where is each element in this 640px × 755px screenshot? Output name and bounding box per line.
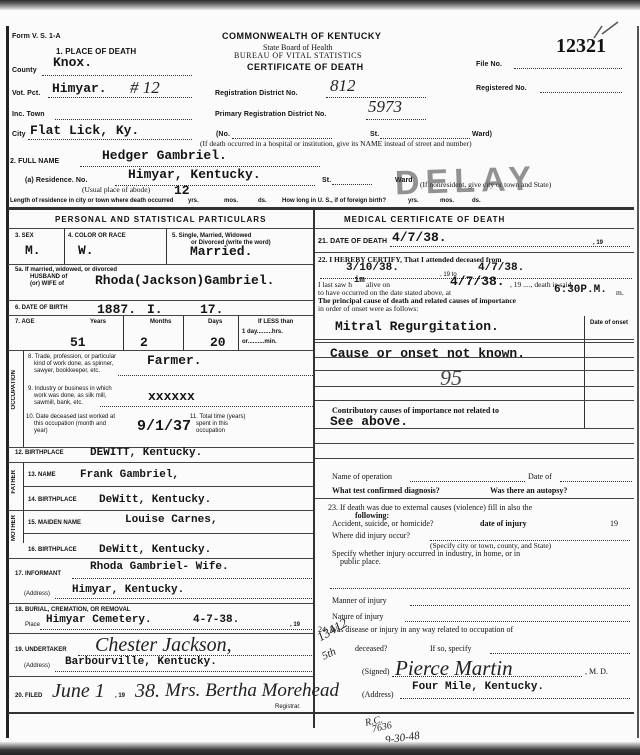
divider [64,229,65,264]
divider [8,510,313,511]
inc-town-label: Inc. Town [12,111,45,118]
occupation-side-label: OCCUPATION [11,370,17,409]
date-injury-label: date of injury [480,519,527,528]
cause-rule [315,443,634,444]
cause-rule [315,339,634,340]
physician-address: Four Mile, Kentucky. [412,681,544,693]
father-birthplace-label: 14. BIRTHPLACE [28,497,77,503]
mother-maiden-value: Louise Carnes, [125,514,217,526]
manner-line [410,604,630,606]
vot-pct-line [48,96,192,98]
marital-label: 5. Single, Married, Widowed [172,233,251,239]
primary-reg-value: 5973 [368,97,402,117]
test-label: What test confirmed diagnosis? [332,486,440,495]
full-name-value: Hedger Gambriel. [102,148,227,163]
dob-label: 6. DATE OF BIRTH [15,305,68,311]
cause-1-value: Mitral Regurgitation. [335,319,499,334]
cause-rule [315,428,634,429]
total-time-label-1: 11. Total time (years) [190,414,245,420]
last-worked-label-2: this occupation (month and [34,421,106,427]
delay-stamp: DELAY [394,160,537,204]
last-saw-him: im [354,275,365,285]
mother-birthplace-label: 16. BIRTHPLACE [28,547,77,553]
mother-birthplace-value: DeWitt, Kentucky. [99,544,211,556]
if-so-label: If so, specify [430,644,472,653]
mother-maiden-label: 15. MAIDEN NAME [28,520,81,526]
industry-label-3: sawmill, bank, etc. [34,400,83,406]
months-label: Months [150,319,171,325]
burial-date-value: 4-7-38. [193,614,239,626]
how-long-mos: mos. [440,198,454,204]
trade-value: Farmer. [147,353,202,368]
divider [8,462,313,463]
father-name-label: 13. NAME [28,472,56,478]
ward-label: Ward) [472,131,492,138]
registrar-label: Registrar. [275,704,301,710]
date-of-death-value: 4/7/38. [392,230,447,245]
less-day: 1 day.........hrs. [242,329,283,335]
filed-year: 38. [135,680,160,703]
cause-rule [315,458,634,459]
sex-label: 3. SEX [15,233,34,239]
date-of-line [560,480,632,482]
trade-label-3: sawyer, bookkeeper, etc. [34,368,100,374]
specify-whether-2: public place. [340,557,381,566]
bottom-border [8,712,634,714]
informant-address-label: (Address) [24,591,50,597]
divider [238,316,239,350]
last-worked-label-1: 10. Date deceased last worked at [26,414,115,420]
divider [315,498,634,499]
residence-number: 12 [174,183,190,198]
divider [8,603,313,604]
reg-district-label: Registration District No. [215,90,298,97]
age-label: 7. AGE [15,319,34,325]
vot-pct-label: Vot. Pct. [12,90,40,97]
m-label: m. [616,288,624,297]
cause-rule [315,400,634,401]
column-divider [313,208,315,728]
injury-19: 19 [610,519,618,528]
last-worked-label-3: year) [34,428,48,434]
spouse-label-2: HUSBAND of [30,274,67,280]
date-of-label: Date of [528,472,552,481]
father-name-value: Frank Gambriel, [80,469,179,481]
city-value: Flat Lick, Ky. [30,123,139,138]
personal-heading: PERSONAL AND STATISTICAL PARTICULARS [55,215,266,224]
undertaker-address-line [55,670,312,672]
father-side-label: FATHER [11,470,17,494]
total-time-label-3: occupation [196,428,225,434]
divider [23,351,24,447]
residence-label: (a) Residence. No. [25,177,87,184]
medical-heading: MEDICAL CERTIFICATE OF DEATH [344,215,505,224]
informant-address-value: Himyar, Kentucky. [72,584,184,596]
vot-pct-value: Himyar. [52,81,107,96]
divider [315,252,634,253]
county-value: Knox. [53,55,92,70]
spouse-label-3: (or) WIFE of [30,281,64,287]
signed-label: (Signed) [362,667,390,676]
divider [8,228,313,229]
divider [123,316,124,350]
cause-rule [315,357,634,358]
residence-st-line [332,183,372,185]
burial-label: 18. BURIAL, CREMATION, OR REMOVAL [15,607,130,613]
informant-value: Rhoda Gambriel- Wife. [90,561,229,573]
cause-rule [315,370,634,371]
divider [8,300,313,301]
date-onset-label: Date of onset [590,320,628,326]
autopsy-label: Was there an autopsy? [490,486,567,495]
birthplace-value: DEWITT, Kentucky. [90,447,202,459]
attended-to-value: 4/7/38. [478,262,524,274]
residence-sub: (Usual place of abode) [82,185,150,194]
county-line [42,74,192,76]
birthplace-label: 12. BIRTHPLACE [15,450,64,456]
less-than-label: If LESS than [258,319,293,325]
undertaker-label: 19. UNDERTAKER [15,647,67,653]
days-label: Days [208,319,222,325]
specify-line [330,587,630,589]
registered-no-line [540,91,622,93]
vot-pct-number: # 12 [130,78,160,98]
check-mark-icon [592,18,620,40]
mother-side-label: MOTHER [11,515,17,541]
trade-line [118,374,313,376]
full-name-label: 2. FULL NAME [10,158,59,165]
burial-place-value: Himyar Cemetery. [46,614,152,626]
state-title: COMMONWEALTH OF KENTUCKY [222,31,381,41]
last-worked-value: 9/1/37 [137,418,191,435]
operation-label: Name of operation [332,472,392,481]
operation-line [410,480,525,482]
length-mos: mos. [224,198,238,204]
residence-st-label: St. [322,177,331,184]
industry-label-1: 9. Industry or business in which [28,386,112,392]
total-time-label-2: spent in this [196,421,228,427]
section-divider [8,207,634,210]
primary-reg-line [366,118,426,120]
file-no-label: File No. [476,61,502,68]
principal-label-2: in order of onset were as follows: [318,304,418,313]
address-label: (Address) [362,690,394,699]
color-label: 4. COLOR OR RACE [68,233,126,239]
scan-bottom-edge [0,742,640,755]
primary-reg-label: Primary Registration District No. [215,111,326,118]
length-of-residence-label: Length of residence in city or town wher… [10,198,173,204]
how-long-yrs: yrs. [408,198,419,204]
reg-district-value: 812 [330,76,356,96]
institution-note: (If death occurred in a hospital or inst… [200,139,472,148]
time-of-death: 6:30P.M. [554,284,607,296]
informant-address-line [55,597,312,599]
spouse-value: Rhoda(Jackson)Gambriel. [95,273,274,288]
divider [183,316,184,350]
residence-value: Himyar, Kentucky. [128,167,261,182]
st-label: St. [370,131,379,138]
burial-line [40,628,312,630]
dod-line [390,245,630,247]
attended-from-value: 3/10/38. [346,262,399,274]
registrar-signature: Mrs. Bertha Morehead [165,680,339,702]
marital-value: Married. [190,244,252,259]
divider [166,229,167,264]
informant-line [72,577,312,579]
industry-label-2: work was done, as silk mill, [34,393,106,399]
cause-rule [315,342,634,343]
cause-2-value: Cause or onset not known. [330,346,525,361]
color-value: W. [78,243,94,258]
trade-label-1: 8. Trade, profession, or particular [28,354,116,360]
handwritten-code: 95 [440,365,462,391]
md-label: , M. D. [585,667,608,676]
divider [584,316,585,428]
contributory-value: See above. [330,414,408,429]
divider [8,350,313,351]
age-years-value: 51 [70,335,86,350]
less-min: or..........min. [242,339,277,345]
city-line [28,138,192,140]
divider [24,486,313,487]
divider [8,558,313,559]
divider [8,315,313,316]
signed-line [392,675,582,677]
sex-value: M. [25,243,41,258]
age-days-value: 20 [210,335,226,350]
father-birthplace-value: DeWitt, Kentucky. [99,494,211,506]
manner-label: Manner of injury [332,596,387,605]
county-label: County [12,67,37,74]
cause-rule [315,386,634,387]
date-of-death-label: 21. DATE OF DEATH [318,238,387,245]
trade-label-2: kind of work done, as spinner, [34,361,113,367]
scan-top-edge [0,0,640,10]
divider [24,533,313,534]
how-long-label: How long in U. S., if of foreign birth? [282,198,386,204]
filed-date: June 1 [52,680,105,703]
years-label: Years [90,319,106,325]
how-long-ds: ds. [472,198,481,204]
industry-line [100,405,313,407]
length-yrs: yrs. [188,198,199,204]
informant-label: 17. INFORMANT [15,571,61,577]
divider [315,228,634,229]
certificate-title: CERTIFICATE OF DEATH [247,62,364,72]
form-id: Form V. S. 1-A [12,33,61,40]
deceased-label: deceased? [355,644,387,653]
filed-year-label: , 19 [115,693,125,699]
file-no-line [514,67,622,69]
inc-town-line [55,118,192,120]
accident-label: Accident, suicide, or homicide? [332,519,434,528]
age-months-value: 2 [140,335,148,350]
divider [8,264,313,265]
divider [23,463,24,543]
undertaker-address-value: Barbourville, Kentucky. [65,656,217,668]
undertaker-address-label: (Address) [24,663,50,669]
where-label: Where did injury occur? [332,531,410,540]
bureau-name: BUREAU OF VITAL STATISTICS [234,51,362,60]
last-saw-date: 4/7/38. [450,274,505,289]
if-so-line [490,652,630,654]
address-line [400,697,630,699]
no-label: (No. [216,131,230,138]
divider [8,676,313,677]
registered-no-label: Registered No. [476,85,527,92]
nature-line [405,620,630,622]
physician-signature: Pierce Martin [395,656,513,681]
industry-value: xxxxxx [148,389,195,404]
burial-place-label: Place [25,622,40,628]
filed-label: 20. FILED [15,693,42,699]
length-ds: ds. [258,198,267,204]
city-label: City [12,131,26,138]
